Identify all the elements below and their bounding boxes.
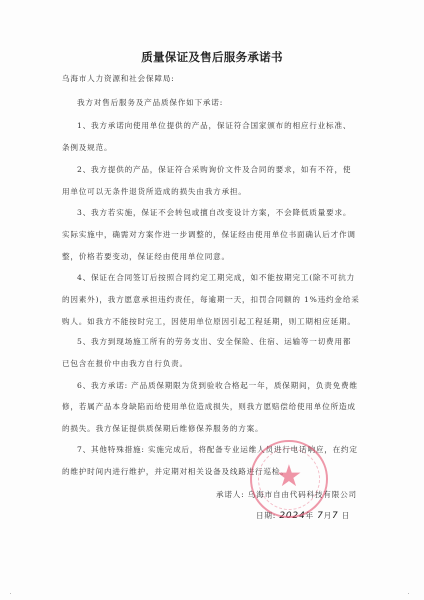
document-title: 质量保证及售后服务承诺书 — [0, 49, 424, 65]
clause-3-line-3: 整，价格若要变动，保证经由使用单位同意。 — [62, 251, 230, 262]
clause-6-line-2: 修，若属产品本身缺陷而给使用单位造成损失，则我方愿赔偿给使用单位所造成 — [62, 401, 356, 412]
clause-4-line-2: 的因素外)，我方愿意承担违约责任，每逾期一天，扣罚合同额的 1%违约金给采 — [62, 294, 360, 305]
clause-1-line-2: 条例及规范。 — [62, 142, 112, 153]
day-char: 日 — [342, 511, 350, 520]
document-page: 质量保证及售后服务承诺书 乌海市人力资源和社会保障局: 我方对售后服务及产品质保… — [0, 0, 424, 600]
clause-6-line-1: 6、我方承诺: 产品质保期限为货到验收合格起一年，质保期间，负责免费维 — [77, 380, 358, 391]
clause-6-line-3: 的损失。我方保证提供质保期后维修保养服务的方案。 — [62, 423, 263, 434]
clause-3-line-2: 实际实施中，确需对方案作进一步调整的，保证经由使用单位书面确认后才作调 — [62, 229, 356, 240]
clause-3-line-1: 3、我方若实施，保证不会转包或擅自改变设计方案，不会降低质量要求。 — [77, 207, 351, 218]
clause-1-line-1: 1、我方承诺向使用单位提供的产品，保证符合国家颁布的相应行业标准、 — [77, 120, 351, 131]
promisor-label: 承诺人: — [216, 490, 245, 499]
clause-2-line-2: 用单位可以无条件退货所造成的损失由我方承担。 — [62, 186, 247, 197]
clause-4-line-1: 4、保证在合同签订后按照合同约定工期完成，如不能按期完工(除不可抗力 — [77, 272, 355, 283]
clause-2-line-1: 2、我方提供的产品，保证符合采购询价文件及合同的要求，如有不符，使 — [77, 164, 351, 175]
company-seal: ★ — [250, 440, 328, 518]
month-char: 月 — [324, 511, 332, 520]
scan-speck — [10, 593, 11, 594]
addressee: 乌海市人力资源和社会保障局: — [62, 73, 174, 84]
scan-speck — [408, 593, 409, 594]
clause-5-line-2: 已包含在报价中由我方自行负责。 — [62, 358, 188, 369]
intro-text: 我方对售后服务及产品质保作如下承诺: — [77, 97, 223, 108]
seal-star-icon: ★ — [252, 462, 326, 492]
date-day: 7 — [332, 511, 339, 521]
clause-5-line-1: 5、我方到现场施工所有的劳务支出、安全保险、住宿、运输等一切费用都 — [77, 336, 351, 347]
clause-4-line-3: 购人。如我方不能按时完工，因使用单位原因引起工程延期，则工期相应延期。 — [62, 316, 356, 327]
